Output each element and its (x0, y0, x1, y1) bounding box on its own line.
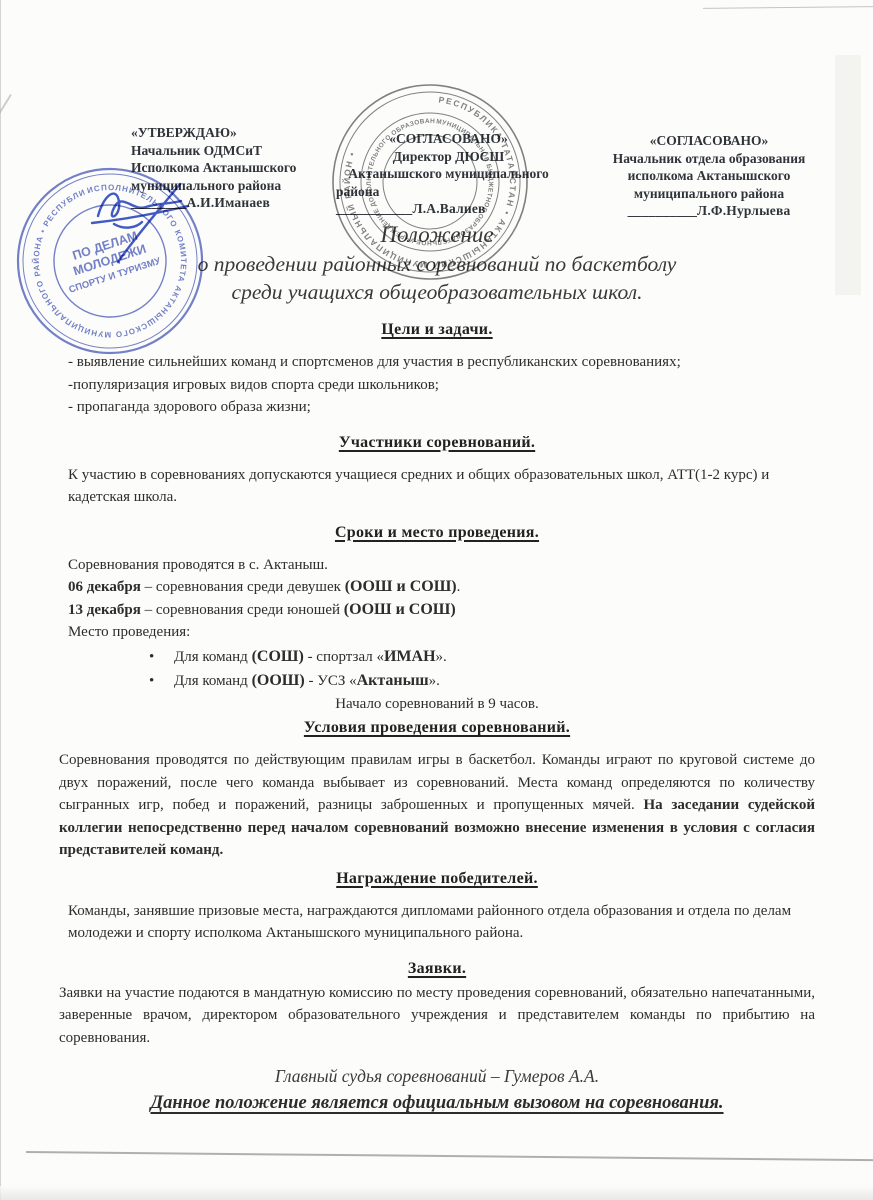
scan-page-edge-line (26, 1151, 873, 1161)
official-call-line: Данное положение является официальным вы… (59, 1092, 815, 1115)
scanned-document-page: «УТВЕРЖДАЮ» Начальник ОДМСиТ Исполкома А… (0, 0, 873, 1200)
approval-left-title: «УТВЕРЖДАЮ» (131, 124, 336, 142)
date-1: 06 декабря (68, 579, 141, 595)
date-1-text: – соревнования среди девушек (141, 579, 345, 595)
heading-awards: Награждение победителей. (59, 868, 815, 890)
awards-paragraph: Команды, занявшие призовые места, награж… (59, 900, 815, 945)
dates-intro: Соревнования проводятся в с. Актаныш. (59, 554, 815, 577)
handwritten-signature-icon (84, 178, 234, 268)
date-1-period: . (457, 579, 461, 595)
conditions-paragraph: Соревнования проводятся по действующим п… (59, 749, 815, 862)
venue-1-text: Для команд (174, 649, 252, 665)
heading-dates-place: Сроки и место проведения. (59, 522, 815, 544)
applications-paragraph: Заявки на участие подаются в мандатную к… (59, 982, 815, 1050)
round-stamp-gray-icon: РЕСПУБЛИКА ТАТАРСТАН • АКТАНЫШСКИЙ МУНИЦ… (318, 70, 542, 294)
goals-item-3: - пропаганда здорового образа жизни; (59, 396, 815, 419)
approval-right-line2: исполкома Актанышского (556, 167, 862, 185)
start-time-line: Начало соревнований в 9 часов. (59, 693, 815, 716)
goals-item-2: -популяризация игровых видов спорта сред… (59, 374, 815, 397)
venue-2-mid: - УСЗ « (305, 673, 357, 689)
approval-block-right: «СОГЛАСОВАНО» Начальник отдела образован… (556, 132, 862, 220)
venue-2-text: Для команд (174, 673, 252, 689)
venue-2-name: Актаныш (357, 672, 429, 689)
date-2-text: – соревнования среди юношей (141, 602, 344, 618)
place-label: Место проведения: (59, 621, 815, 644)
venues-list: •Для команд (СОШ) - спортзал «ИМАН». •Дл… (147, 645, 815, 693)
scan-edge-left (0, 0, 1, 1200)
date-1-schools: (ООШ и СОШ) (345, 578, 457, 595)
scan-edge-top (703, 6, 873, 9)
venue-2-end: ». (429, 673, 440, 689)
date-line-2: 13 декабря – соревнования среди юношей (… (59, 599, 815, 622)
date-line-1: 06 декабря – соревнования среди девушек … (59, 576, 815, 599)
approval-right-line1: Начальник отдела образования (556, 150, 862, 168)
chief-judge-line: Главный судья соревнований – Гумеров А.А… (59, 1065, 815, 1088)
heading-conditions: Условия проведения соревнований. (59, 717, 815, 739)
approval-right-signature-line: __________Л.Ф.Нурлыева (556, 202, 862, 220)
approval-right-title: «СОГЛАСОВАНО» (556, 132, 862, 150)
venue-item-sosh: •Для команд (СОШ) - спортзал «ИМАН». (147, 645, 815, 669)
heading-applications: Заявки. (59, 958, 815, 980)
approval-right-line3: муниципального района (556, 185, 862, 203)
participants-paragraph: К участию в соревнованиях допускаются уч… (59, 464, 815, 509)
document-content: Положение о проведении районных соревнов… (59, 220, 815, 1114)
venue-1-school: (СОШ) (252, 648, 304, 665)
date-2: 13 декабря (68, 602, 141, 618)
venue-1-end: ». (436, 649, 447, 665)
bullet-icon: • (149, 645, 154, 669)
venue-1-mid: - спортзал « (304, 649, 384, 665)
venue-2-school: (ООШ) (252, 672, 305, 689)
scan-scratch (0, 94, 12, 124)
scan-bottom-shade (0, 1186, 873, 1200)
venue-item-oosh: •Для команд (ООШ) - УСЗ «Актаныш». (147, 669, 815, 693)
venue-1-name: ИМАН (384, 648, 436, 665)
bullet-icon: • (149, 669, 154, 693)
date-2-schools: (ООШ и СОШ) (344, 601, 456, 618)
goals-item-1: - выявление сильнейших команд и спортсме… (59, 351, 815, 374)
heading-participants: Участники соревнований. (59, 432, 815, 454)
